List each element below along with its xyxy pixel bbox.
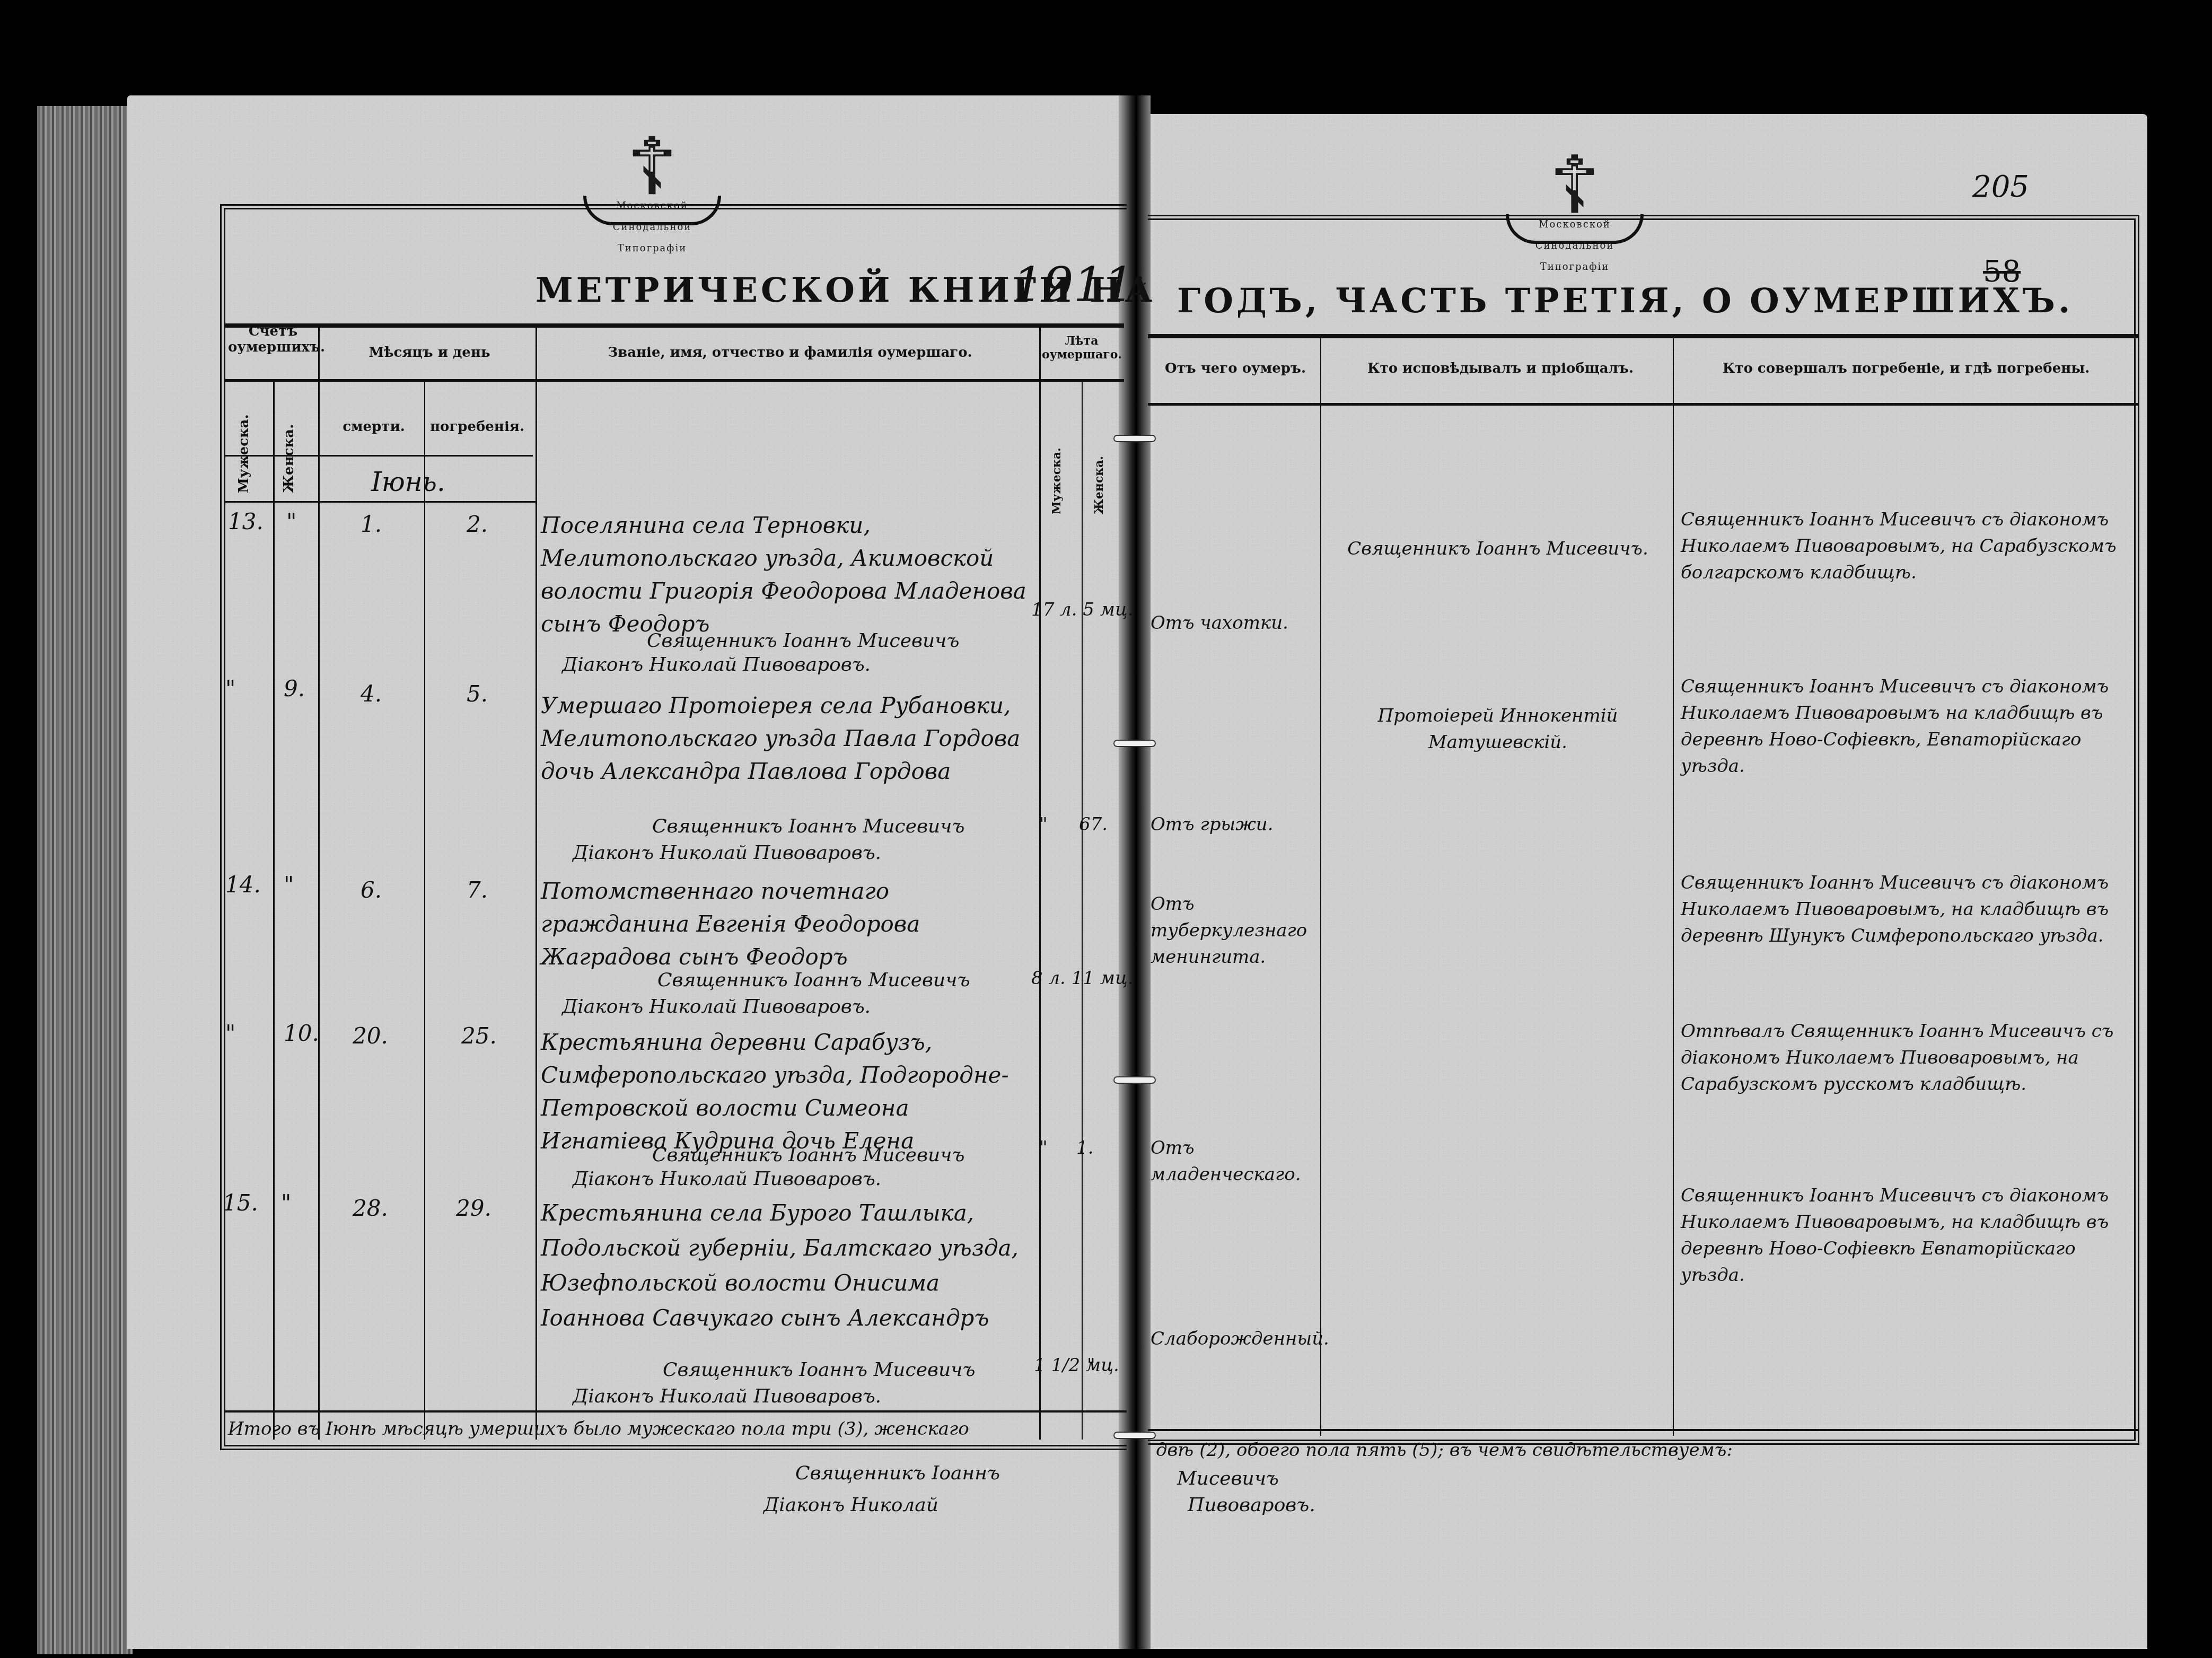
column-divider xyxy=(536,326,537,1440)
header-age-female: Женска. xyxy=(1092,408,1106,514)
female-number: 10. xyxy=(284,1018,319,1049)
column-divider xyxy=(1320,338,1321,1436)
confessor: Протоіерей Иннокентій Матушевскій. xyxy=(1331,703,1665,756)
summary-rule xyxy=(1148,1429,2139,1431)
age-male: 8 л. 11 мц. xyxy=(1031,965,1134,992)
column-divider xyxy=(1673,338,1674,1436)
deceased-description: Крестьянина деревни Сарабузъ, Симферопол… xyxy=(541,1026,1034,1157)
male-number: " xyxy=(225,1018,235,1049)
column-divider xyxy=(1082,379,1083,1440)
male-number: " xyxy=(225,673,235,704)
summary-signature-priest: Священникъ Іоаннъ xyxy=(795,1458,1000,1489)
confessor: Священникъ Іоаннъ Мисевичъ. xyxy=(1331,536,1665,562)
header-male: Мужеска. xyxy=(236,387,252,493)
header-count-deceased: Счётъ оумершихъ. xyxy=(228,323,318,355)
death-day: 20. xyxy=(353,1021,388,1051)
header-age-male: Мужеска. xyxy=(1050,408,1064,514)
burial-day: 29. xyxy=(456,1193,491,1224)
year-handwritten: 1911г. xyxy=(1013,257,1147,313)
column-divider xyxy=(424,379,425,1440)
header-confessor: Кто исповѣдывалъ и пріобщалъ. xyxy=(1326,361,1675,376)
month-rule xyxy=(225,501,536,503)
burial-day: 5. xyxy=(467,679,488,709)
struck-page-number: 58 xyxy=(1983,255,2021,289)
signature-deacon: Діаконъ Николай Пивоваровъ. xyxy=(562,992,871,1022)
age-female: 1. xyxy=(1076,1135,1093,1161)
column-divider xyxy=(318,326,320,1440)
header-of-burial: погребенія. xyxy=(424,419,530,435)
age-male: 1 1/2 мц. xyxy=(1034,1352,1119,1379)
signature-deacon: Діаконъ Николай Пивоваровъ. xyxy=(573,838,881,869)
female-number: " xyxy=(284,870,294,900)
month-summary-continued: двѣ (2), обоего пола пять (5); въ чемъ с… xyxy=(1156,1437,2110,1463)
header-burial: Кто совершалъ погребеніе, и гдѣ погребен… xyxy=(1678,361,2134,376)
male-number: 13. xyxy=(228,506,264,537)
female-number: " xyxy=(281,1188,291,1218)
burial-details: Священникъ Іоаннъ Мисевичъ съ діакономъ … xyxy=(1681,1182,2131,1288)
month-summary: Итого въ Іюнѣ мѣсяцѣ умершихъ было мужес… xyxy=(228,1416,1129,1442)
burial-details: Отпѣвалъ Священникъ Іоаннъ Мисевичъ съ д… xyxy=(1681,1018,2131,1098)
deceased-description: Умершаго Протоіерея села Рубановки, Мели… xyxy=(541,689,1034,788)
age-female: " xyxy=(1087,1352,1095,1379)
deceased-description: Поселянина села Терновки, Мелитопольскаг… xyxy=(541,509,1034,641)
book-page-edges xyxy=(37,106,133,1654)
cause-of-death: Отъ младенческаго. xyxy=(1151,1135,1326,1188)
header-age: Лѣта оумершаго. xyxy=(1042,334,1121,362)
column-divider xyxy=(1039,326,1041,1440)
male-number: 15. xyxy=(223,1188,258,1218)
signature-deacon: Діаконъ Николай Пивоваровъ. xyxy=(562,650,871,680)
death-day: 28. xyxy=(353,1193,388,1224)
female-number: " xyxy=(286,506,296,537)
male-number: 14. xyxy=(225,870,261,900)
header-rule xyxy=(1148,334,2139,338)
header-rule xyxy=(225,379,1124,382)
cause-of-death: Отъ грыжи. xyxy=(1151,811,1320,838)
burial-day: 25. xyxy=(461,1021,497,1051)
header-of-death: смерти. xyxy=(329,419,419,435)
summary-signature-deacon-surname: Пивоваровъ. xyxy=(1188,1490,1315,1521)
age-female: 67. xyxy=(1079,811,1108,838)
summary-rule xyxy=(225,1410,1127,1413)
header-rule xyxy=(225,323,1124,328)
death-day: 4. xyxy=(361,679,382,709)
cause-of-death: Отъ туберкулезнаго менингита. xyxy=(1151,891,1310,970)
deceased-description: Потомственнаго почетнаго гражданина Евге… xyxy=(541,875,1034,973)
deceased-description: Крестьянина села Бурого Ташлыка, Подольс… xyxy=(541,1196,1034,1336)
signature-deacon: Діаконъ Николай Пивоваровъ. xyxy=(573,1381,881,1412)
age-male: " xyxy=(1039,811,1048,838)
age-male: 17 л. 5 мц. xyxy=(1031,596,1134,623)
burial-details: Священникъ Іоаннъ Мисевичъ съ діакономъ … xyxy=(1681,870,2131,949)
column-divider xyxy=(273,379,275,1440)
age-male: " xyxy=(1039,1135,1048,1161)
subheader-rule xyxy=(225,455,533,457)
header-month-day: Мѣсяцъ и день xyxy=(323,345,536,361)
header-name: Званіе, имя, отчество и фамилія оумершаг… xyxy=(541,345,1039,361)
folio-number: 205 xyxy=(1972,170,2029,204)
cause-of-death: Отъ чахотки. xyxy=(1151,610,1320,636)
death-day: 1. xyxy=(361,509,382,540)
header-cause: Отъ чего оумеръ. xyxy=(1151,361,1320,376)
header-rule xyxy=(1148,403,2139,406)
death-day: 6. xyxy=(361,875,382,906)
female-number: 9. xyxy=(284,673,305,704)
summary-signature-deacon: Діаконъ Николай xyxy=(763,1490,938,1521)
signature-deacon: Діаконъ Николай Пивоваровъ. xyxy=(573,1164,881,1195)
burial-day: 7. xyxy=(467,875,488,906)
book-title-right: ГОДЪ, ЧАСТЬ ТРЕТІЯ, О ОУМЕРШИХЪ. xyxy=(1177,281,2073,321)
burial-day: 2. xyxy=(467,509,488,540)
header-female: Женска. xyxy=(281,387,297,493)
cause-of-death: Слаборожденный. xyxy=(1151,1326,1326,1352)
burial-details: Священникъ Іоаннъ Мисевичъ съ діакономъ … xyxy=(1681,506,2131,586)
burial-details: Священникъ Іоаннъ Мисевичъ съ діакономъ … xyxy=(1681,673,2131,779)
month-label: Іюнь. xyxy=(371,467,445,497)
